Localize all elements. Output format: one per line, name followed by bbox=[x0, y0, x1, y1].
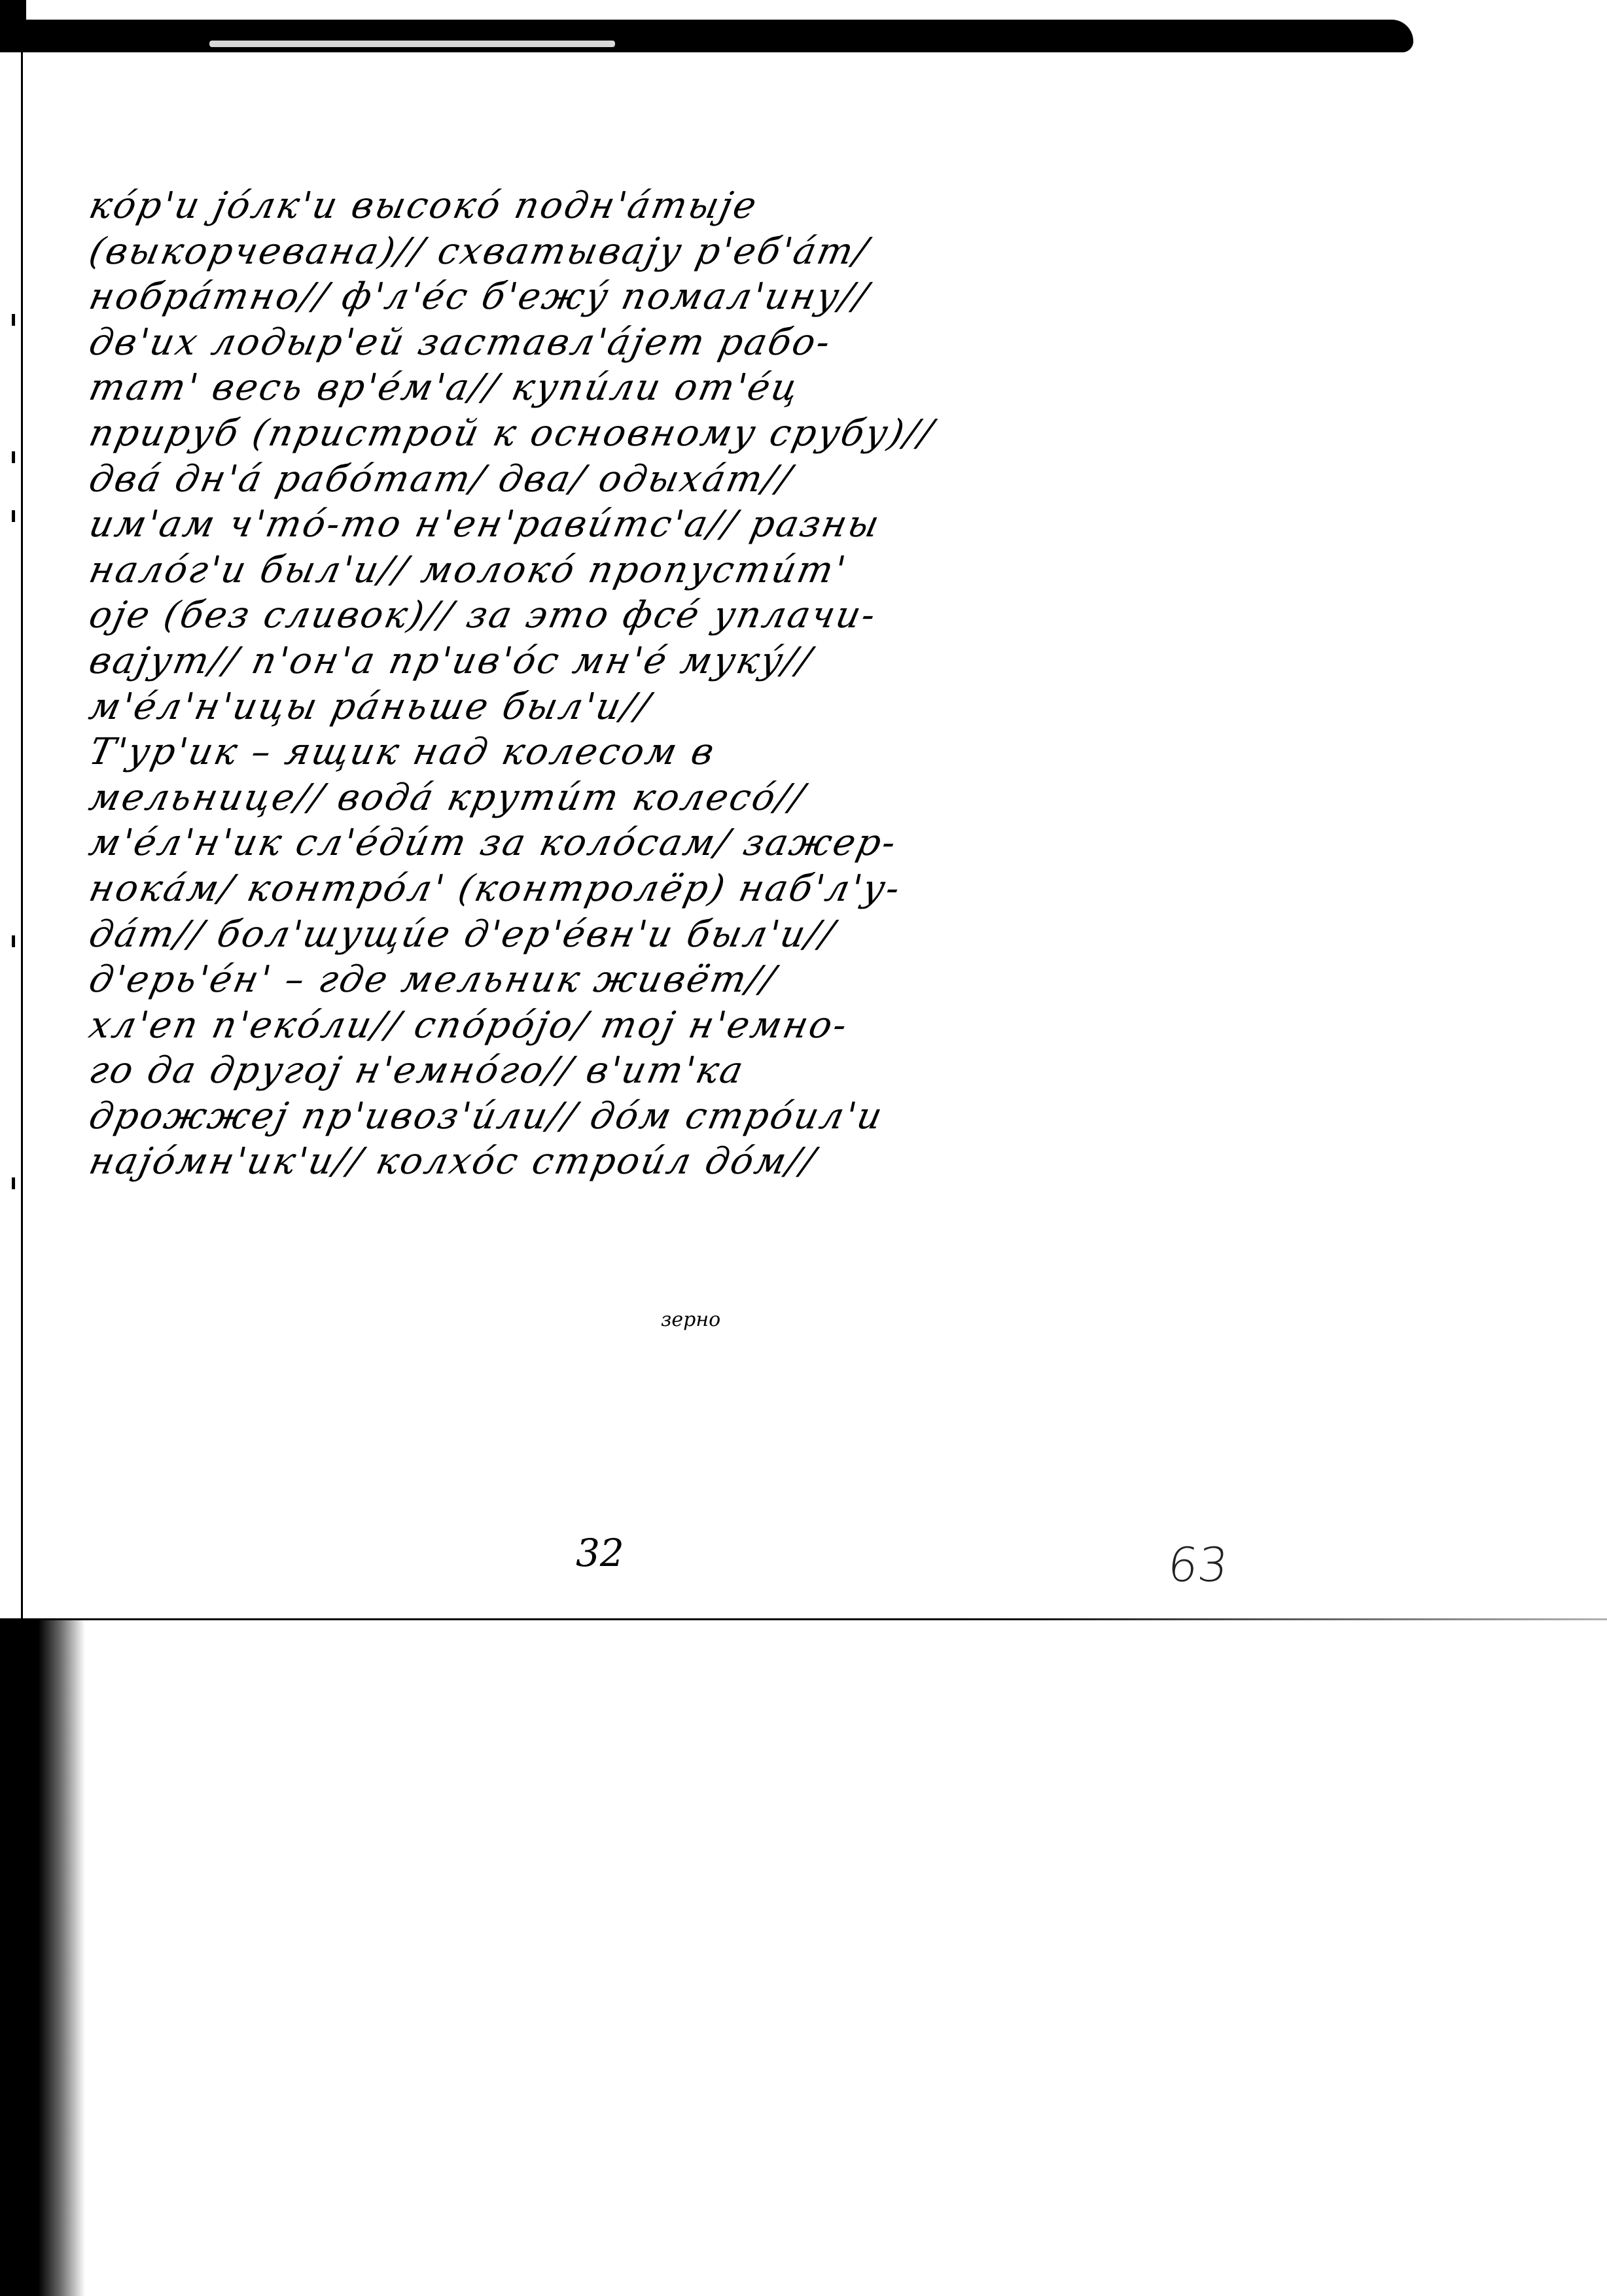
handwritten-text-block: кóр'и jóлк'и высокó подн'áтыjе (выкорчев… bbox=[85, 183, 1237, 1185]
binding-highlight bbox=[209, 41, 615, 47]
scan-binding-shadow bbox=[0, 1620, 85, 2296]
margin-tick bbox=[12, 510, 15, 522]
text-line: ваjут// п'он'а пр'ив'óс мн'é мукý// bbox=[85, 638, 1246, 684]
text-line: дáт// бол'шущúе д'ер'éвн'и был'и// bbox=[85, 912, 1246, 958]
text-line: прируб (пристрой к основному срубу)// bbox=[85, 411, 1246, 457]
text-line: им'ам ч'тó-то н'ен'равúтс'а// разны bbox=[85, 502, 1246, 548]
margin-tick bbox=[12, 1177, 15, 1189]
page-bottom-edge bbox=[0, 1618, 1607, 1620]
text-line: хл'еп п'екóли// спóрójо/ тоj н'емно- bbox=[85, 1003, 1246, 1049]
margin-tick bbox=[12, 314, 15, 326]
text-line: д'ерь'éн' – где мельник живёт// bbox=[85, 957, 1246, 1003]
archive-folio-number: 63 bbox=[1165, 1537, 1231, 1592]
text-line: нобрáтно// ф'л'éс б'ежý помал'ину// bbox=[85, 274, 1246, 320]
text-line: кóр'и jóлк'и высокó подн'áтыjе bbox=[85, 183, 1246, 229]
text-line: дв'их лодыр'ей заставл'ájет рабо- bbox=[85, 320, 1246, 366]
text-line: Т'ур'ик – ящик над колесом в bbox=[85, 729, 1246, 775]
page-top-binding-shadow bbox=[20, 20, 1413, 52]
text-line: дрожжеj пр'ивоз'úли// дóм стрóил'и bbox=[85, 1094, 1246, 1139]
text-line: м'éл'н'ик сл'éдúт за колóсам/ зажер- bbox=[85, 820, 1246, 866]
page-left-margin-rule bbox=[21, 49, 23, 1619]
margin-tick bbox=[12, 451, 15, 463]
text-line: оjе (без сливок)// за это фсé уплачи- bbox=[85, 593, 1246, 638]
scan-top-edge bbox=[0, 0, 1607, 59]
text-line: нокáм/ контрóл' (контролёр) наб'л'у- bbox=[85, 866, 1246, 912]
text-line: мельнице// водá крутúт колесó// bbox=[85, 775, 1246, 821]
text-line: налóг'и был'и// молокó пропустúт' bbox=[85, 548, 1246, 593]
text-line: (выкорчевана)// схватываjу р'еб'áт/ bbox=[85, 229, 1246, 275]
text-line: м'éл'н'ицы рáньше был'и// bbox=[85, 684, 1246, 730]
text-line: тат' весь вр'éм'а// купúли от'éц bbox=[85, 365, 1246, 411]
page-number: 32 bbox=[576, 1531, 624, 1575]
text-line: двá дн'á рабóтат/ два/ одыхáт// bbox=[85, 457, 1246, 502]
text-line: наjóмн'ик'и// колхóс строúл дóм// bbox=[85, 1139, 1246, 1185]
margin-tick bbox=[12, 935, 15, 947]
interlinear-note: зерно bbox=[661, 1308, 720, 1331]
text-line: го да другоj н'емнóго// в'ит'ка bbox=[85, 1048, 1246, 1094]
